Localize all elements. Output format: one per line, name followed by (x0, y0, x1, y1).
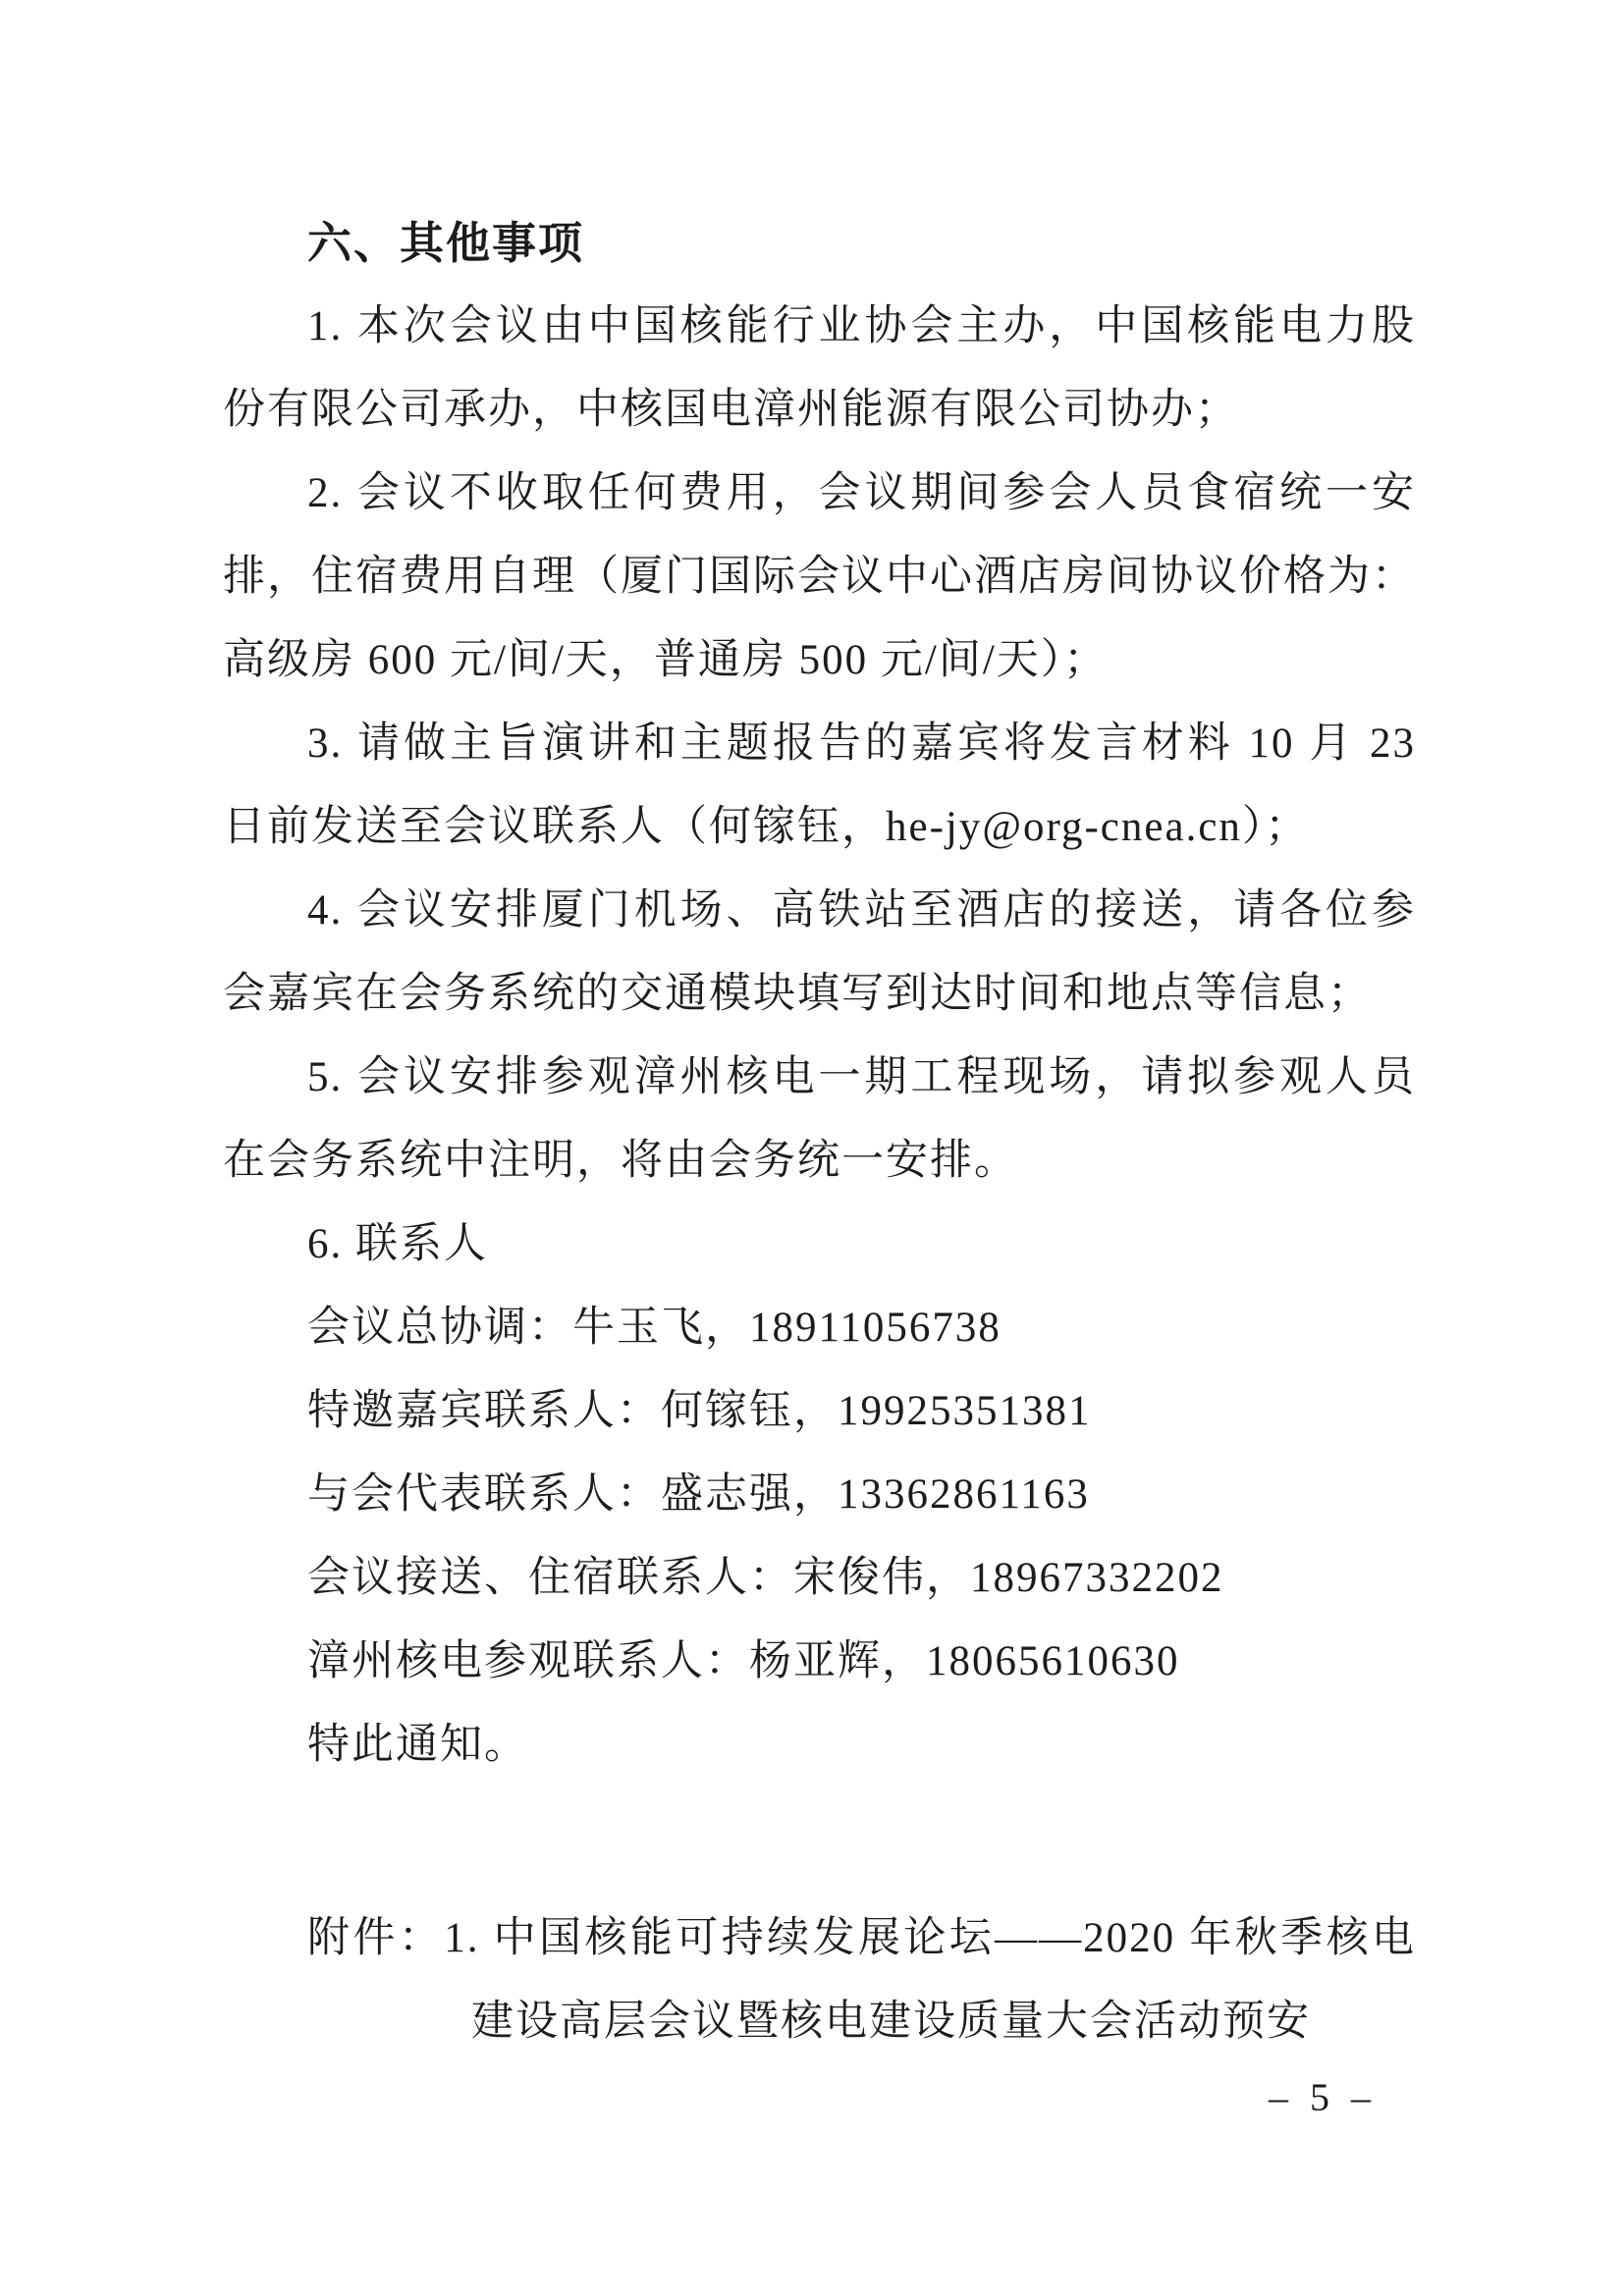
paragraph-5: 5. 会议安排参观漳州核电一期工程现场，请拟参观人员 在会务系统中注明，将由会务… (223, 1036, 1416, 1202)
page-number: – 5 – (1269, 2073, 1377, 2122)
contact-line: 会议总协调：牛玉飞，18911056738 (223, 1286, 1416, 1369)
paragraph-1: 1. 本次会议由中国核能行业协会主办，中国核能电力股 份有限公司承办，中核国电漳… (223, 285, 1416, 452)
document-page: 六、其他事项 1. 本次会议由中国核能行业协会主办，中国核能电力股 份有限公司承… (0, 0, 1624, 2296)
paragraph-line: 2. 会议不收取任何费用，会议期间参会人员食宿统一安 (223, 452, 1416, 535)
contact-line: 漳州核电参观联系人：杨亚辉，18065610630 (223, 1620, 1416, 1703)
paragraph-line: 4. 会议安排厦门机场、高铁站至酒店的接送，请各位参 (223, 869, 1416, 952)
paragraph-line: 排，住宿费用自理（厦门国际会议中心酒店房间协议价格为： (223, 535, 1416, 618)
document-content: 六、其他事项 1. 本次会议由中国核能行业协会主办，中国核能电力股 份有限公司承… (223, 201, 1416, 2063)
paragraph-2: 2. 会议不收取任何费用，会议期间参会人员食宿统一安 排，住宿费用自理（厦门国际… (223, 452, 1416, 702)
section-heading: 六、其他事项 (223, 201, 1416, 285)
section-heading-block: 六、其他事项 (223, 201, 1416, 285)
paragraph-line: 5. 会议安排参观漳州核电一期工程现场，请拟参观人员 (223, 1036, 1416, 1119)
contact-line: 会议接送、住宿联系人：宋俊伟，18967332202 (223, 1536, 1416, 1620)
contact-line: 与会代表联系人：盛志强，13362861163 (223, 1453, 1416, 1536)
paragraph-6-contacts-heading: 6. 联系人 (223, 1202, 1416, 1286)
paragraph-line: 6. 联系人 (223, 1202, 1416, 1286)
paragraph-line: 会嘉宾在会务系统的交通模块填写到达时间和地点等信息； (223, 952, 1416, 1036)
paragraph-line: 在会务系统中注明，将由会务统一安排。 (223, 1119, 1416, 1202)
paragraph-line: 3. 请做主旨演讲和主题报告的嘉宾将发言材料 10 月 23 (223, 702, 1416, 785)
paragraph-line: 高级房 600 元/间/天，普通房 500 元/间/天）； (223, 618, 1416, 702)
attachment-line: 建设高层会议暨核电建设质量大会活动预安 (471, 1980, 1416, 2063)
attachment-block: 附件：1. 中国核能可持续发展论坛——2020 年秋季核电 建设高层会议暨核电建… (223, 1896, 1416, 2063)
paragraph-line: 1. 本次会议由中国核能行业协会主办，中国核能电力股 (223, 285, 1416, 368)
contact-line: 特邀嘉宾联系人：何镓钰，19925351381 (223, 1369, 1416, 1453)
attachment-line: 附件：1. 中国核能可持续发展论坛——2020 年秋季核电 (223, 1896, 1416, 1980)
paragraph-line: 份有限公司承办，中核国电漳州能源有限公司协办； (223, 368, 1416, 452)
closing-block: 特此通知。 (223, 1703, 1416, 1787)
contact-list: 会议总协调：牛玉飞，18911056738 特邀嘉宾联系人：何镓钰，199253… (223, 1286, 1416, 1703)
paragraph-4: 4. 会议安排厦门机场、高铁站至酒店的接送，请各位参 会嘉宾在会务系统的交通模块… (223, 869, 1416, 1036)
paragraph-line: 日前发送至会议联系人（何镓钰，he-jy@org-cnea.cn）； (223, 785, 1416, 869)
closing-line: 特此通知。 (223, 1703, 1416, 1787)
paragraph-3: 3. 请做主旨演讲和主题报告的嘉宾将发言材料 10 月 23 日前发送至会议联系… (223, 702, 1416, 869)
